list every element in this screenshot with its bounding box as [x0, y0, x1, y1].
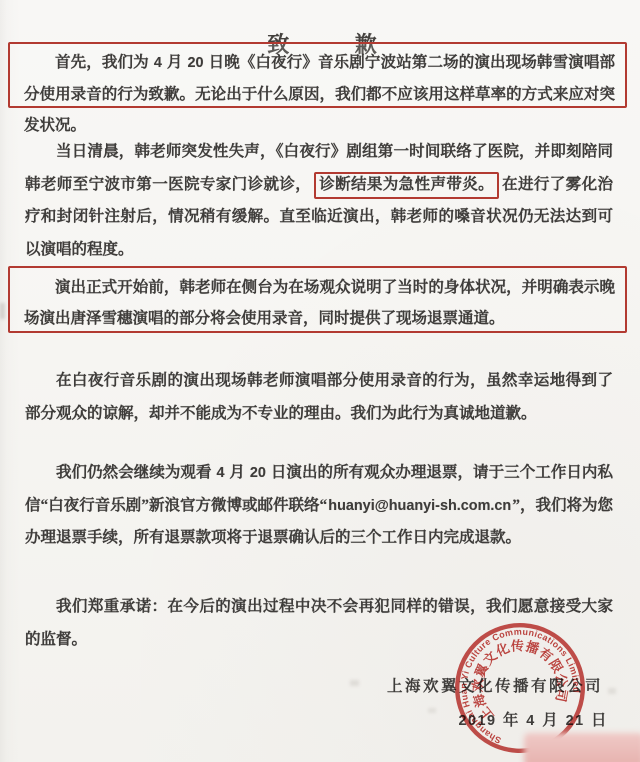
red-highlight-inline: 诊断结果为急性声带炎。 [314, 172, 499, 199]
blurred-watermark [524, 733, 640, 762]
scan-smudge [428, 708, 436, 713]
paragraph-diagnosis: 当日清晨，韩老师突发性失声，《白夜行》剧组第一时间联络了医院，并即刻陪同韩老师至… [25, 136, 613, 266]
paragraph-apology: 首先，我们为 4 月 20 日晚《白夜行》音乐剧宁波站第二场的演出现场韩雪演唱部… [10, 47, 625, 141]
red-highlight-frame-2: 演出正式开始前，韩老师在侧台为在场观众说明了当时的身体状况，并明确表示晚场演出唐… [8, 266, 627, 333]
scan-smudge [608, 688, 616, 694]
red-highlight-frame-1: 首先，我们为 4 月 20 日晚《白夜行》音乐剧宁波站第二场的演出现场韩雪演唱部… [8, 42, 627, 108]
apology-letter-page: 致 歉 首先，我们为 4 月 20 日晚《白夜行》音乐剧宁波站第二场的演出现场韩… [0, 0, 640, 762]
scan-smudge [350, 680, 359, 686]
scan-smudge [0, 303, 5, 319]
paragraph-refund: 我们仍然会继续为观看 4 月 20 日演出的所有观众办理退票，请于三个工作日内私… [25, 457, 613, 555]
paragraph-responsibility: 在白夜行音乐剧的演出现场韩老师演唱部分使用录音的行为，虽然幸运地得到了部分观众的… [25, 365, 613, 430]
paragraph-announcement: 演出正式开始前，韩老师在侧台为在场观众说明了当时的身体状况，并明确表示晚场演出唐… [10, 272, 625, 334]
